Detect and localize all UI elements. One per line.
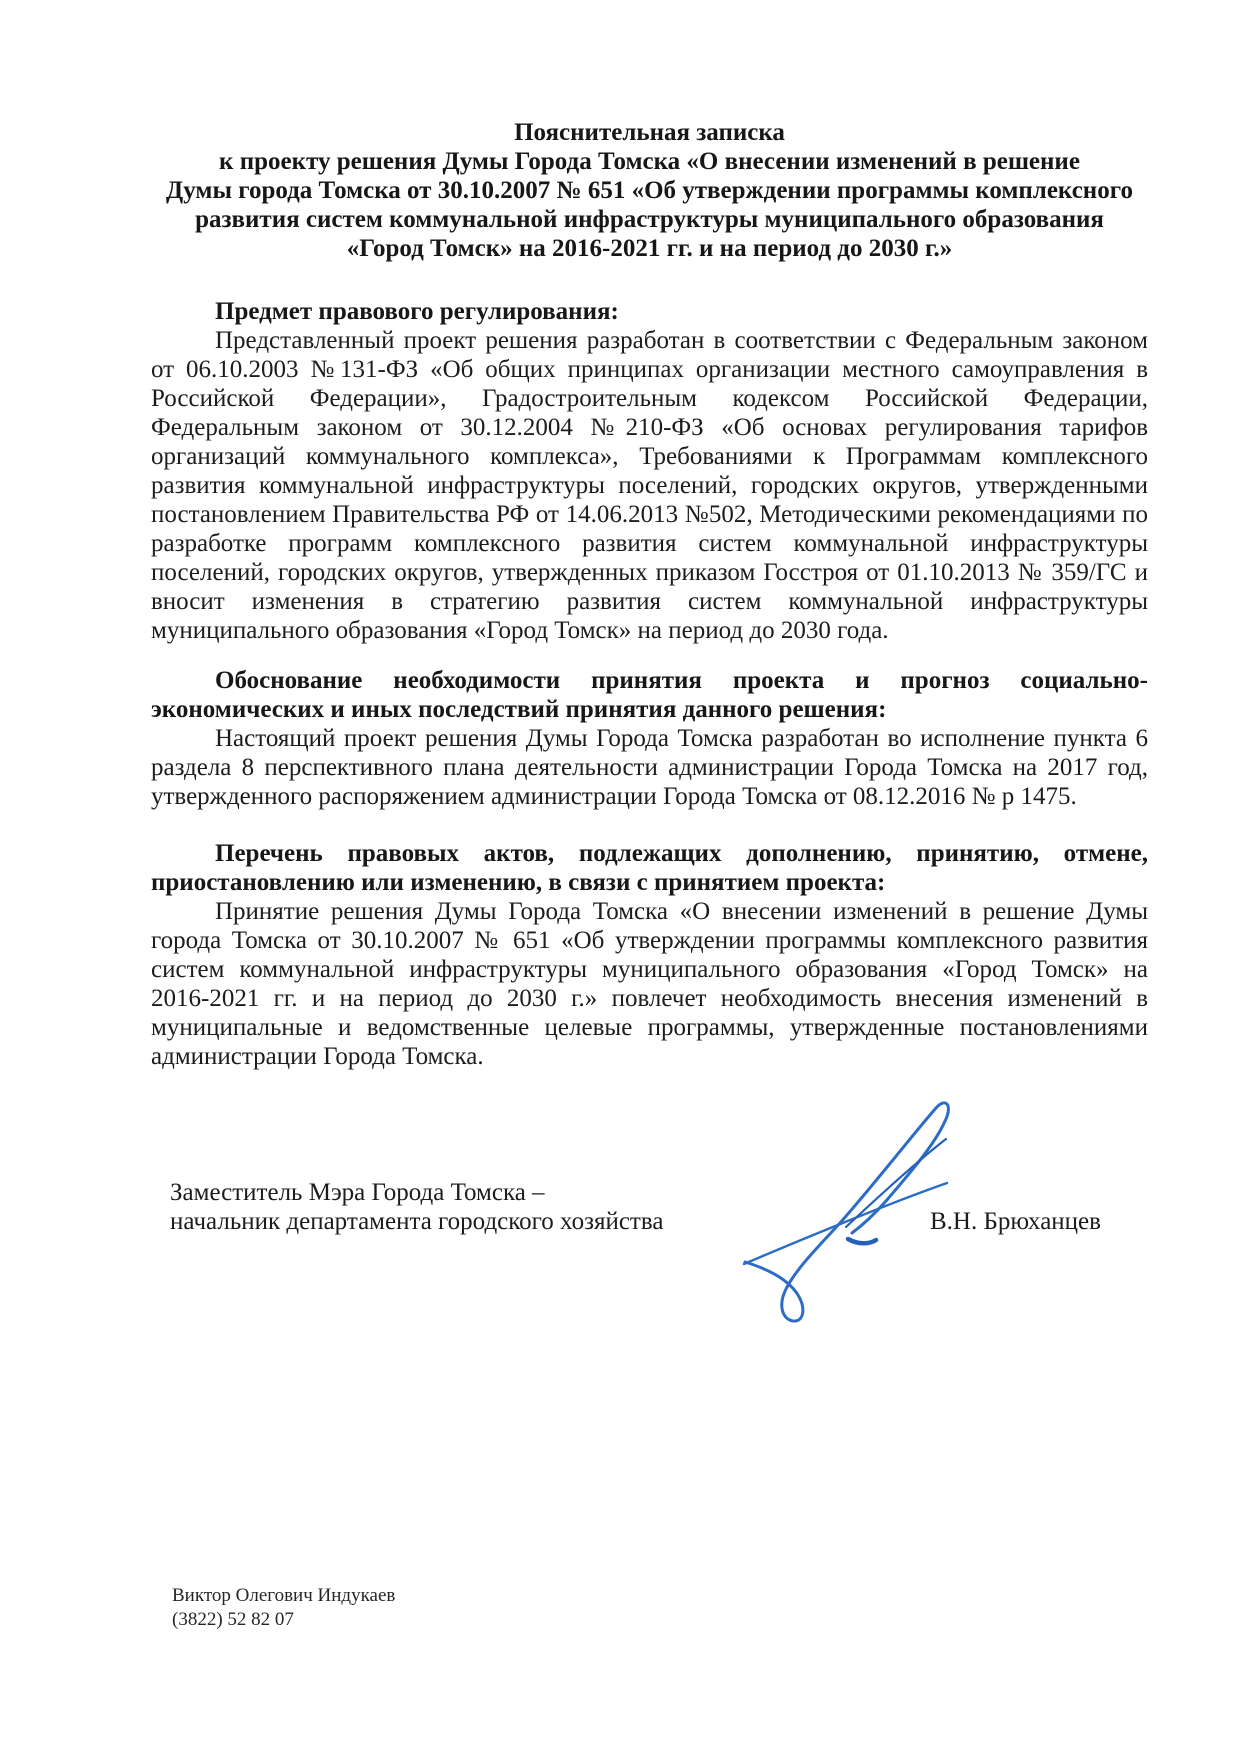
handwritten-signature xyxy=(700,1075,950,1345)
section-heading-justification: Обоснование необходимости принятия проек… xyxy=(151,666,1148,724)
signatory-position-line-1: Заместитель Мэра Города Томска – xyxy=(170,1178,1160,1207)
signature-block: Заместитель Мэра Города Томска – начальн… xyxy=(170,1178,1160,1236)
title-line-3: Думы города Томска от 30.10.2007 № 651 «… xyxy=(151,176,1148,205)
signature-stroke-blob xyxy=(848,1239,876,1243)
contact-phone: (3822) 52 82 07 xyxy=(172,1608,395,1632)
contact-block: Виктор Олегович Индукаев (3822) 52 82 07 xyxy=(172,1584,395,1632)
section-paragraph-acts-list: Принятие решения Думы Города Томска «О в… xyxy=(151,897,1148,1071)
document-page: Пояснительная записка к проекту решения … xyxy=(0,0,1240,1753)
section-paragraph-subject: Представленный проект решения разработан… xyxy=(151,326,1148,645)
signature-stroke-main xyxy=(745,1103,948,1321)
title-line-1: Пояснительная записка xyxy=(151,118,1148,147)
section-heading-subject: Предмет правового регулирования: xyxy=(151,297,1148,326)
section-heading-acts-list: Перечень правовых актов, подлежащих допо… xyxy=(151,839,1148,897)
signature-stroke-diagonal xyxy=(744,1183,947,1264)
section-acts-list: Перечень правовых актов, подлежащих допо… xyxy=(151,839,1148,1071)
document-title: Пояснительная записка к проекту решения … xyxy=(151,118,1148,263)
signature-stroke-inner xyxy=(846,1139,946,1227)
section-justification: Обоснование необходимости принятия проек… xyxy=(151,666,1148,811)
section-subject: Предмет правового регулирования: Предста… xyxy=(151,297,1148,645)
signatory-name: В.Н. Брюханцев xyxy=(930,1207,1101,1236)
contact-name: Виктор Олегович Индукаев xyxy=(172,1584,395,1608)
section-paragraph-justification: Настоящий проект решения Думы Города Том… xyxy=(151,724,1148,811)
title-line-5: «Город Томск» на 2016-2021 гг. и на пери… xyxy=(151,234,1148,263)
title-line-2: к проекту решения Думы Города Томска «О … xyxy=(151,147,1148,176)
document-content: Пояснительная записка к проекту решения … xyxy=(151,118,1148,1071)
title-line-4: развития систем коммунальной инфраструкт… xyxy=(151,205,1148,234)
